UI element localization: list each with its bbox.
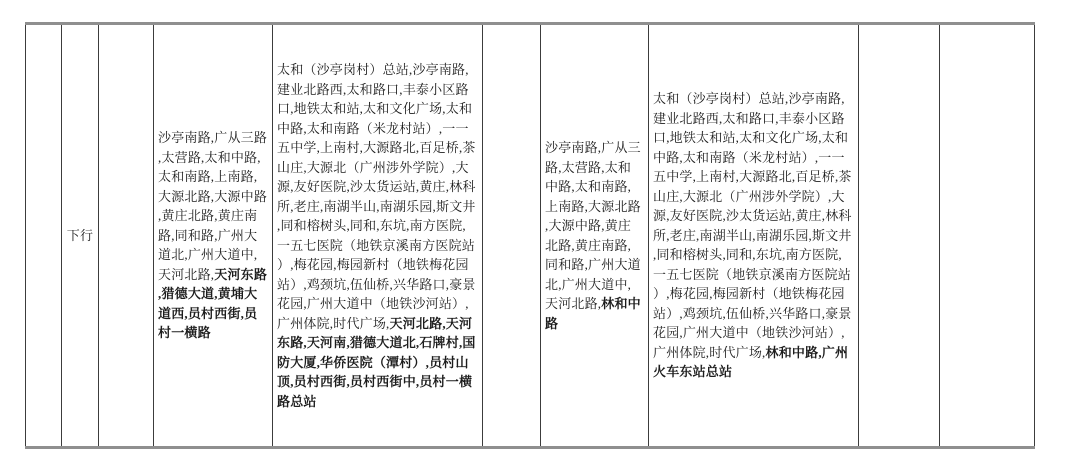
empty-cell-3	[483, 24, 541, 448]
stops-text-d: 太和（沙亭岗村）总站,沙亭南路,建业北路西,太和路口,丰泰小区路口,地铁太和站,…	[653, 89, 854, 382]
bus-route-table: 下行 沙亭南路,广从三路,太营路,太和中路,太和南路,上南路,大源北路,大源中路…	[25, 22, 1035, 449]
document-page: 下行 沙亭南路,广从三路,太营路,太和中路,太和南路,上南路,大源北路,大源中路…	[0, 0, 1080, 474]
stops-cell-d: 太和（沙亭岗村）总站,沙亭南路,建业北路西,太和路口,丰泰小区路口,地铁太和站,…	[649, 24, 859, 448]
empty-cell-5	[940, 24, 1035, 448]
stops-text-a: 沙亭南路,广从三路,太营路,太和中路,太和南路,上南路,大源北路,大源中路,黄庄…	[158, 128, 268, 343]
stops-d-regular: 太和（沙亭岗村）总站,沙亭南路,建业北路西,太和路口,丰泰小区路口,地铁太和站,…	[653, 91, 852, 360]
stops-cell-a: 沙亭南路,广从三路,太营路,太和中路,太和南路,上南路,大源北路,大源中路,黄庄…	[154, 24, 273, 448]
stops-c-regular: 沙亭南路,广从三路,太营路,太和中路,太和南路,上南路,大源北路,大源中路,黄庄…	[545, 140, 641, 311]
stops-text-c: 沙亭南路,广从三路,太营路,太和中路,太和南路,上南路,大源北路,大源中路,黄庄…	[545, 138, 644, 333]
route-row: 下行 沙亭南路,广从三路,太营路,太和中路,太和南路,上南路,大源北路,大源中路…	[26, 24, 1035, 448]
stops-text-b: 太和（沙亭岗村）总站,沙亭南路,建业北路西,太和路口,丰泰小区路口,地铁太和站,…	[277, 60, 478, 411]
empty-cell-4	[859, 24, 940, 448]
direction-cell: 下行	[62, 24, 99, 448]
empty-cell-1	[26, 24, 62, 448]
stops-cell-b: 太和（沙亭岗村）总站,沙亭南路,建业北路西,太和路口,丰泰小区路口,地铁太和站,…	[273, 24, 483, 448]
direction-label: 下行	[67, 228, 93, 243]
stops-b-regular: 太和（沙亭岗村）总站,沙亭南路,建业北路西,太和路口,丰泰小区路口,地铁太和站,…	[277, 62, 476, 331]
stops-a-regular: 沙亭南路,广从三路,太营路,太和中路,太和南路,上南路,大源北路,大源中路,黄庄…	[158, 130, 267, 282]
empty-cell-2	[99, 24, 154, 448]
stops-cell-c: 沙亭南路,广从三路,太营路,太和中路,太和南路,上南路,大源北路,大源中路,黄庄…	[541, 24, 649, 448]
